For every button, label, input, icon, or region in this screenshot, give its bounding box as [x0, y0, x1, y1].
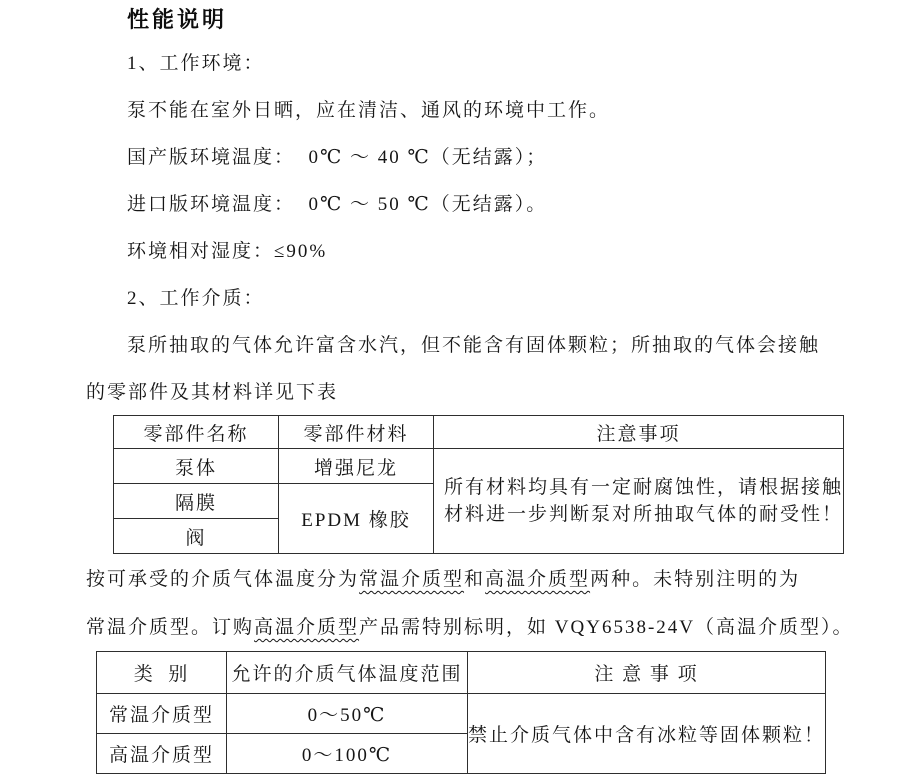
paragraph-line: 国产版环境温度： 0℃ ～ 40 ℃（无结露）； [86, 134, 866, 181]
paragraph-line: 的零部件及其材料详见下表 [86, 369, 866, 416]
temperature-table: 类 别 允许的介质气体温度范围 注 意 事 项 常温介质型 0～50℃ 禁止介质… [96, 651, 826, 774]
text-segment: 常温介质型。订购 [86, 617, 254, 638]
column-header: 注 意 事 项 [468, 652, 826, 694]
type-cell: 常温介质型 [97, 694, 227, 734]
type-cell: 高温介质型 [97, 734, 227, 774]
media-type-paragraph: 按可承受的介质气体温度分为常温介质型和高温介质型两种。未特别注明的为 常温介质型… [86, 556, 876, 652]
section2-heading: 2、工作介质： [86, 275, 866, 322]
part-name-cell: 隔膜 [114, 484, 279, 519]
paragraph-line: 环境相对湿度：≤90% [86, 228, 866, 275]
note-line: 所有材料均具有一定耐腐蚀性，请根据接触 [444, 474, 843, 501]
part-name-cell: 泵体 [114, 449, 279, 484]
working-environment-section: 1、工作环境： 泵不能在室外日晒，应在清洁、通风的环境中工作。 国产版环境温度：… [86, 40, 866, 416]
paragraph-line: 常温介质型。订购高温介质型产品需特别标明，如 VQY6538-24V（高温介质型… [86, 604, 876, 652]
range-cell: 0～100℃ [227, 734, 468, 774]
document-page: 性能说明 1、工作环境： 泵不能在室外日晒，应在清洁、通风的环境中工作。 国产版… [0, 0, 900, 776]
table-header-row: 类 别 允许的介质气体温度范围 注 意 事 项 [97, 652, 826, 694]
note-line: 材料进一步判断泵对所抽取气体的耐受性！ [444, 501, 843, 528]
column-header: 零部件名称 [114, 416, 279, 449]
note-cell: 禁止介质气体中含有冰粒等固体颗粒！ [468, 694, 826, 774]
range-cell: 0～50℃ [227, 694, 468, 734]
underlined-term: 常温介质型 [359, 569, 464, 590]
table-header-row: 零部件名称 零部件材料 注意事项 [114, 416, 844, 449]
column-header: 允许的介质气体温度范围 [227, 652, 468, 694]
page-title: 性能说明 [127, 3, 227, 34]
paragraph-line: 按可承受的介质气体温度分为常温介质型和高温介质型两种。未特别注明的为 [86, 556, 876, 604]
materials-table: 零部件名称 零部件材料 注意事项 泵体 增强尼龙 所有材料均具有一定耐腐蚀性，请… [113, 415, 844, 554]
note-cell: 所有材料均具有一定耐腐蚀性，请根据接触 材料进一步判断泵对所抽取气体的耐受性！ [434, 449, 844, 554]
material-cell: 增强尼龙 [279, 449, 434, 484]
underlined-term: 高温介质型 [254, 617, 359, 638]
paragraph-line: 泵不能在室外日晒，应在清洁、通风的环境中工作。 [86, 87, 866, 134]
part-name-cell: 阀 [114, 519, 279, 554]
underlined-term: 高温介质型 [485, 569, 590, 590]
text-segment: 按可承受的介质气体温度分为 [86, 569, 359, 590]
section1-heading: 1、工作环境： [86, 40, 866, 87]
table-row: 常温介质型 0～50℃ 禁止介质气体中含有冰粒等固体颗粒！ [97, 694, 826, 734]
column-header: 注意事项 [434, 416, 844, 449]
column-header: 类 别 [97, 652, 227, 694]
column-header: 零部件材料 [279, 416, 434, 449]
text-segment: 两种。未特别注明的为 [590, 569, 800, 590]
text-segment: 和 [464, 569, 485, 590]
text-segment: 产品需特别标明，如 VQY6538-24V（高温介质型）。 [359, 617, 853, 638]
paragraph-line: 进口版环境温度： 0℃ ～ 50 ℃（无结露）。 [86, 181, 866, 228]
table-row: 泵体 增强尼龙 所有材料均具有一定耐腐蚀性，请根据接触 材料进一步判断泵对所抽取… [114, 449, 844, 484]
material-cell: EPDM 橡胶 [279, 484, 434, 554]
paragraph-line: 泵所抽取的气体允许富含水汽，但不能含有固体颗粒；所抽取的气体会接触 [86, 322, 866, 369]
